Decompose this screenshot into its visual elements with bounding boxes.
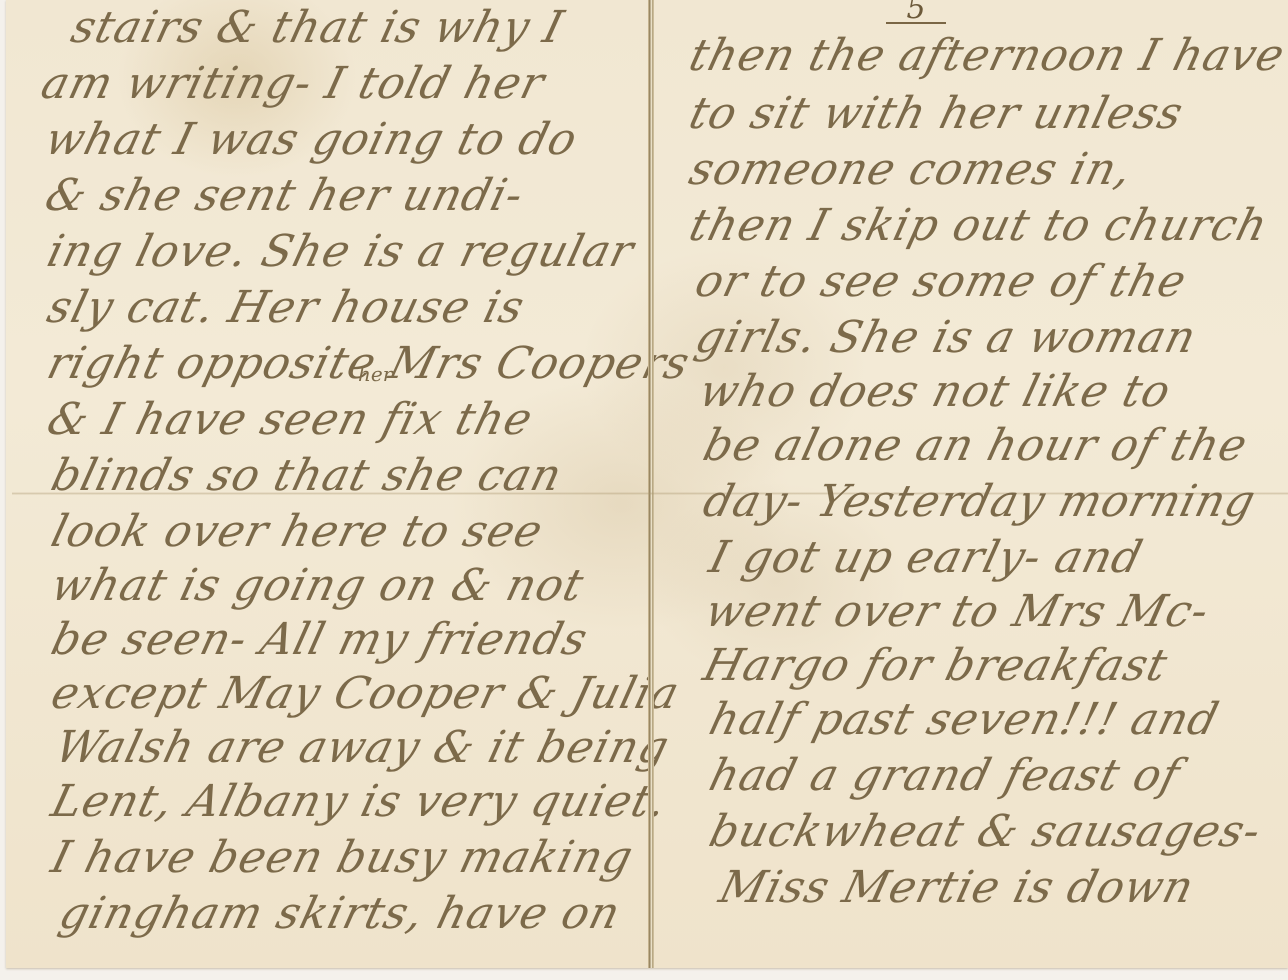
letter-line: girls. She is a woman	[690, 312, 1202, 364]
letter-line: then the afternoon I have	[684, 30, 1288, 82]
letter-line: then I skip out to church	[684, 200, 1273, 252]
letter-line: Hargo for breakfast	[698, 640, 1173, 692]
letter-line: am writing- I told her	[36, 58, 550, 110]
letter-line: buckwheat & sausages-	[704, 806, 1266, 858]
letter-line: Walsh are away & it being	[50, 722, 675, 774]
letter-line: & I have seen fix the	[42, 394, 538, 446]
letter-line: ing love. She is a regular	[42, 226, 639, 278]
scanned-letter: stairs & that is why I am writing- I tol…	[0, 0, 1288, 980]
letter-line: went over to Mrs Mc-	[700, 586, 1214, 638]
letter-line: what is going on & not	[46, 560, 589, 612]
paper-sheet: stairs & that is why I am writing- I tol…	[6, 0, 1288, 968]
letter-line: I got up early- and	[704, 532, 1148, 584]
letter-line: to sit with her unless	[684, 88, 1189, 140]
letter-line: Miss Mertie is down	[714, 862, 1199, 914]
letter-line: & she sent her undi-	[40, 170, 529, 222]
letter-line: look over here to see	[46, 506, 548, 558]
left-page: stairs & that is why I am writing- I tol…	[6, 0, 648, 968]
letter-line: or to see some of the	[690, 256, 1192, 308]
letter-line: be alone an hour of the	[698, 420, 1253, 472]
interlinear-insertion: her	[358, 362, 392, 386]
letter-line: I have been busy making	[46, 832, 638, 884]
letter-line: gingham skirts, have on	[54, 888, 626, 940]
letter-line: half past seven!!! and	[704, 694, 1224, 746]
letter-line: stairs & that is why I	[66, 2, 569, 54]
letter-line: be seen- All my friends	[46, 614, 593, 666]
letter-line: sly cat. Her house is	[42, 282, 530, 334]
letter-line: had a grand feast of	[704, 750, 1185, 802]
right-page: then the afternoon I have to sit with he…	[654, 0, 1288, 968]
letter-line: Lent, Albany is very quiet.	[46, 776, 672, 828]
letter-line: except May Cooper & Julia	[46, 668, 685, 720]
letter-line: what I was going to do	[40, 114, 583, 166]
letter-line: who does not like to	[694, 366, 1176, 418]
letter-line: day- Yesterday morning	[698, 476, 1261, 528]
letter-line: someone comes in,	[684, 144, 1138, 196]
